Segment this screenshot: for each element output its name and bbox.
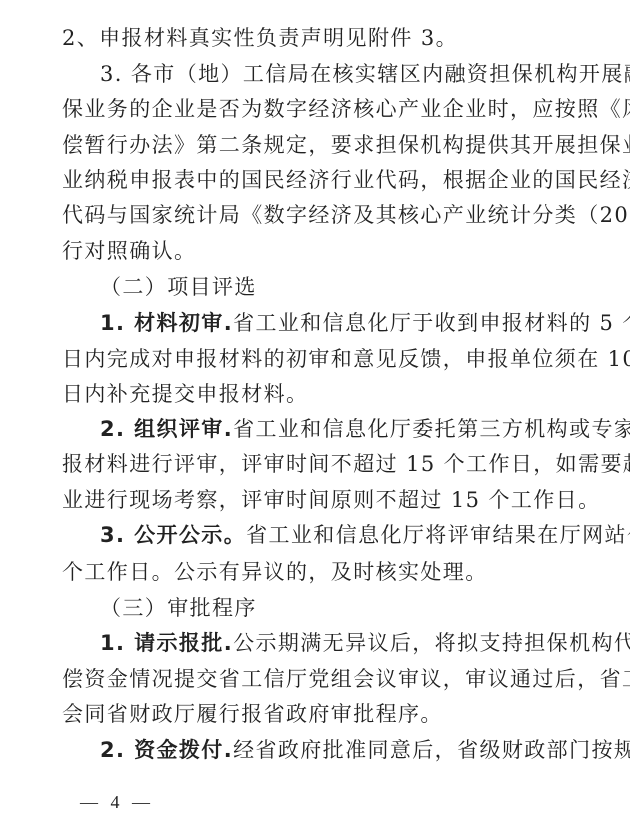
line-text: 3. 各市（地）工信局在核实辖区内融资担保机构开展融资担 [100,62,630,86]
line-text: 公示期满无异议后，将拟支持担保机构代偿补 [233,631,630,655]
line-text: （三）审批程序 [100,596,257,620]
line-text: 个工作日。公示有异议的，及时核实处理。 [62,560,488,584]
line-text: 报材料进行评审，评审时间不超过 15 个工作日，如需要赴相关企 [62,452,630,476]
bold-subheading: 3. 公开公示。 [100,523,246,547]
text-line: 业纳税申报表中的国民经济行业代码，根据企业的国民经济行业 [62,167,554,193]
text-line: 个工作日。公示有异议的，及时核实处理。 [62,559,554,585]
paragraph-heading-line: 2. 组织评审.省工业和信息化厅委托第三方机构或专家对申 [100,416,554,442]
line-text: 省工业和信息化厅将评审结果在厅网站公示 5 [246,523,630,547]
text-line: 代码与国家统计局《数字经济及其核心产业统计分类（2021）》进 [62,202,554,228]
text-line: 保业务的企业是否为数字经济核心产业企业时，应按照《风险代 [62,96,554,122]
text-line: 2、申报材料真实性负责声明见附件 3。 [62,25,554,51]
text-line: （二）项目评选 [100,274,554,300]
line-text: （二）项目评选 [100,275,257,299]
bold-subheading: 2. 组织评审. [100,417,233,441]
bold-subheading: 1. 请示报批. [100,631,233,655]
paragraph-heading-line: 3. 公开公示。省工业和信息化厅将评审结果在厅网站公示 5 [100,522,554,548]
paragraph-heading-line: 2. 资金拨付.经省政府批准同意后，省级财政部门按规定程 [100,737,554,763]
bold-subheading: 1. 材料初审. [100,311,233,335]
line-text: 2、申报材料真实性负责声明见附件 3。 [62,26,458,50]
line-text: 日内完成对申报材料的初审和意见反馈，申报单位须在 10 个工作 [62,347,630,371]
line-text: 偿暂行办法》第二条规定，要求担保机构提供其开展担保业务企 [62,133,630,157]
line-text: 业进行现场考察，评审时间原则不超过 15 个工作日。 [62,488,600,512]
text-line: 偿暂行办法》第二条规定，要求担保机构提供其开展担保业务企 [62,132,554,158]
line-text: 省工业和信息化厅于收到申报材料的 5 个工作 [233,311,630,335]
line-text: 行对照确认。 [62,239,196,263]
paragraph-heading-line: 1. 材料初审.省工业和信息化厅于收到申报材料的 5 个工作 [100,310,554,336]
text-line: 报材料进行评审，评审时间不超过 15 个工作日，如需要赴相关企 [62,451,554,477]
line-text: 会同省财政厅履行报省政府审批程序。 [62,702,443,726]
line-text: 省工业和信息化厅委托第三方机构或专家对申 [233,417,630,441]
line-text: 代码与国家统计局《数字经济及其核心产业统计分类（2021）》进 [62,203,630,227]
text-line: 3. 各市（地）工信局在核实辖区内融资担保机构开展融资担 [100,61,554,87]
line-text: 偿资金情况提交省工信厅党组会议审议，审议通过后，省工信厅 [62,667,630,691]
line-text: 经省政府批准同意后，省级财政部门按规定程 [233,738,630,762]
line-text: 日内补充提交申报材料。 [62,382,308,406]
document-page: 2、申报材料真实性负责声明见附件 3。3. 各市（地）工信局在核实辖区内融资担保… [0,0,630,820]
text-line: 偿资金情况提交省工信厅党组会议审议，审议通过后，省工信厅 [62,666,554,692]
text-line: （三）审批程序 [100,595,554,621]
page-number: — 4 — [80,792,154,813]
text-line: 日内完成对申报材料的初审和意见反馈，申报单位须在 10 个工作 [62,346,554,372]
text-line: 行对照确认。 [62,238,554,264]
paragraph-heading-line: 1. 请示报批.公示期满无异议后，将拟支持担保机构代偿补 [100,630,554,656]
text-line: 会同省财政厅履行报省政府审批程序。 [62,701,554,727]
bold-subheading: 2. 资金拨付. [100,738,233,762]
line-text: 保业务的企业是否为数字经济核心产业企业时，应按照《风险代 [62,97,630,121]
text-line: 业进行现场考察，评审时间原则不超过 15 个工作日。 [62,487,554,513]
text-line: 日内补充提交申报材料。 [62,381,554,407]
line-text: 业纳税申报表中的国民经济行业代码，根据企业的国民经济行业 [62,168,630,192]
